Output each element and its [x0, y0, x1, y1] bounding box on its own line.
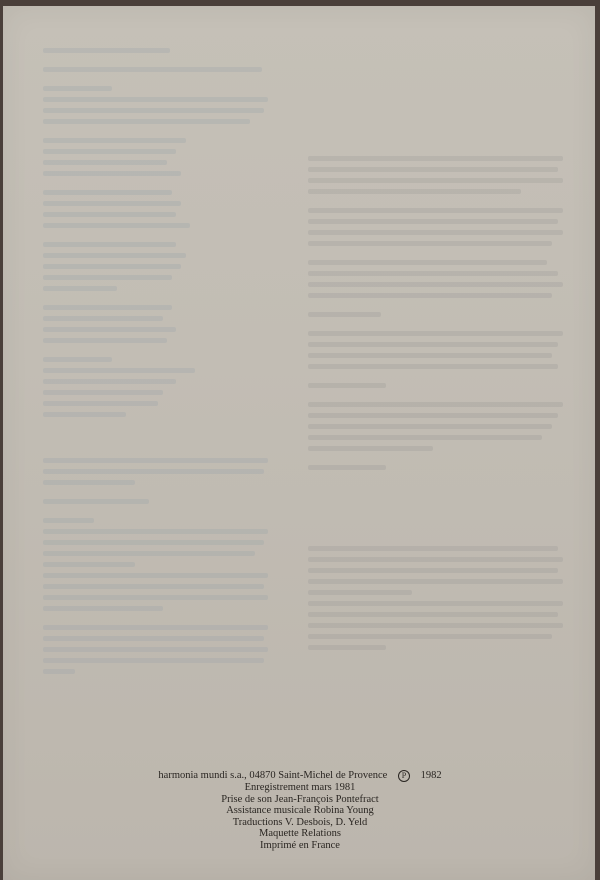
printed-in: Imprimé en France	[0, 840, 600, 852]
sound-engineer: Prise de son Jean-François Pontefract	[0, 794, 600, 806]
show-through-text-right-lower	[308, 546, 568, 656]
show-through-text-right	[308, 156, 568, 476]
recording-date: Enregistrement mars 1981	[0, 782, 600, 794]
colophon: harmonia mundi s.a., 04870 Saint-Michel …	[0, 770, 600, 851]
phonogram-copyright-icon: P	[398, 770, 410, 782]
colophon-publisher-line: harmonia mundi s.a., 04870 Saint-Michel …	[0, 770, 600, 782]
document-page	[3, 6, 595, 880]
show-through-text-left-lower	[43, 458, 273, 680]
publisher: harmonia mundi s.a., 04870 Saint-Michel …	[158, 770, 387, 781]
copyright-year: 1982	[421, 770, 442, 781]
show-through-text-left	[43, 48, 273, 423]
translations: Traductions V. Desbois, D. Yeld	[0, 817, 600, 829]
musical-assistance: Assistance musicale Robina Young	[0, 805, 600, 817]
layout-credit: Maquette Relations	[0, 828, 600, 840]
